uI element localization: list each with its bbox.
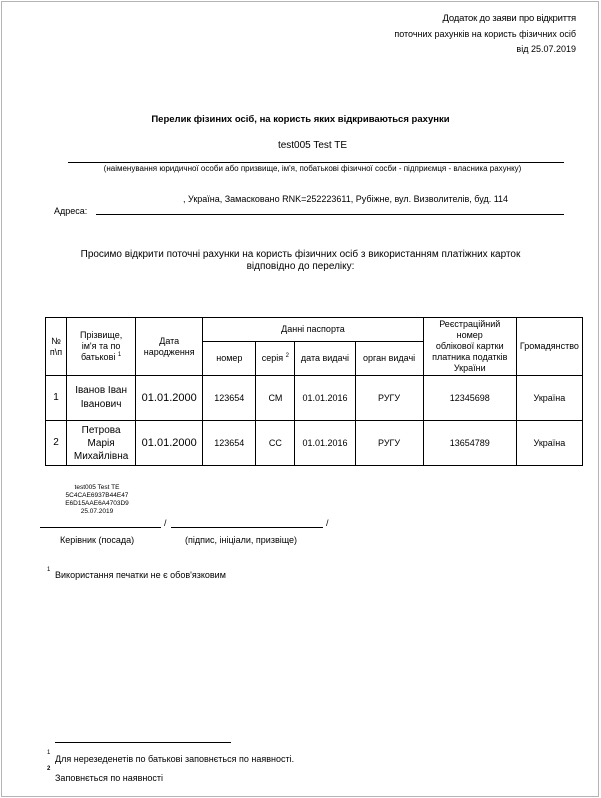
cell-passport-number: 123654 — [203, 376, 256, 421]
cell-name-line2: Марія — [87, 438, 114, 449]
header-full-name: Прізвище, ім'я та по батькові 1 — [67, 318, 136, 376]
cell-name-line1: Іванов Іван — [75, 385, 127, 396]
header-name-line1: Прізвище, — [80, 330, 122, 340]
entity-caption: (наіменування юридичної особи або призви… — [60, 164, 565, 173]
header-passport-data: Данні паспорта — [203, 318, 423, 342]
cell-birth-date: 01.01.2000 — [136, 421, 203, 466]
stamp-key-part2: E6D15AAE6A4703D9 — [48, 500, 146, 508]
cell-passport-number: 123654 — [203, 421, 256, 466]
footnote-ref-1: 1 — [118, 352, 121, 358]
stamp-key-part1: 5C4CAE6937B44E47 — [48, 492, 146, 500]
entity-name: test005 Test TE — [60, 140, 565, 151]
persons-table: № п\п Прізвище, ім'я та по батькові 1 Да… — [45, 317, 583, 466]
appendix-header-line1: Додаток до заяви про відкриття — [443, 13, 576, 24]
header-birth-date: Дата народження — [136, 318, 203, 376]
header-issuer: орган видачі — [355, 342, 423, 376]
address-label: Адреса: — [54, 206, 87, 216]
cell-passport-series: СМ — [256, 376, 295, 421]
header-num-line1: № — [51, 336, 61, 346]
header-birth-line1: Дата — [159, 336, 179, 346]
footnote-2-text: Заповнється по наявності — [55, 773, 163, 783]
cell-tax-id: 12345698 — [423, 376, 516, 421]
header-issue-date: дата видачі — [295, 342, 355, 376]
cell-tax-id: 13654789 — [423, 421, 516, 466]
header-num-line2: п\п — [50, 347, 62, 357]
seal-note-text: Використання печатки не є обов'язковим — [55, 570, 226, 580]
header-name-line2: ім'я та по — [82, 341, 121, 351]
signature-separator-1: / — [164, 518, 167, 528]
header-tax-line5: України — [454, 363, 486, 373]
request-line1: Просимо відкрити поточні рахунки на кори… — [0, 249, 601, 260]
name-signature-line — [171, 527, 323, 528]
appendix-header-line2: поточних рахунків на користь фізичних ос… — [394, 29, 576, 39]
request-line2: відповідно до переліку: — [0, 261, 601, 272]
footnote-separator — [55, 742, 231, 743]
address-value: , Україна, Замасковано RNK=252223611, Ру… — [183, 194, 508, 204]
cell-citizenship: Україна — [516, 376, 582, 421]
header-birth-line2: народження — [144, 347, 195, 357]
digital-signature-stamp: test005 Test TE 5C4CAE6937B44E47 E6D15AA… — [48, 484, 146, 516]
signature-caption: (підпис, ініціали, призвіще) — [185, 535, 297, 545]
cell-name-line2: Іванович — [81, 399, 122, 410]
cell-full-name: Іванов Іван Іванович — [67, 376, 136, 421]
cell-citizenship: Україна — [516, 421, 582, 466]
header-num: № п\п — [46, 318, 67, 376]
footnote-1-text: Для нерезеденетів по батькові заповнєтьс… — [55, 754, 294, 764]
footnote-1-sup: 1 — [47, 750, 50, 756]
cell-issue-date: 01.01.2016 — [295, 376, 355, 421]
header-tax-line3: облікової картки — [436, 341, 504, 351]
footnote-2-sup: 2 — [47, 766, 50, 772]
appendix-header-date: від 25.07.2019 — [516, 44, 576, 54]
stamp-date: 25.07.2019 — [48, 508, 146, 516]
cell-issue-date: 01.01.2016 — [295, 421, 355, 466]
header-name-line3: батькові — [81, 352, 115, 362]
table-row: 2 Петрова Марія Михайлівна 01.01.2000 12… — [46, 421, 583, 466]
cell-issuer: РУГУ — [355, 376, 423, 421]
header-series-label: серія — [262, 353, 283, 363]
footnote-ref-2: 2 — [286, 353, 289, 359]
cell-passport-series: СС — [256, 421, 295, 466]
cell-num: 2 — [46, 421, 67, 466]
stamp-signer: test005 Test TE — [48, 484, 146, 492]
header-tax-line4: платника податків — [432, 352, 507, 362]
position-signature-line — [40, 527, 161, 528]
position-caption: Керівник (посада) — [60, 535, 134, 545]
header-tax-line1: Реєстраційний — [439, 319, 500, 329]
cell-name-line3: Михайлівна — [74, 451, 128, 462]
cell-name-line1: Петрова — [82, 425, 121, 436]
header-citizenship: Громадянство — [516, 318, 582, 376]
cell-birth-date: 01.01.2000 — [136, 376, 203, 421]
table-row: 1 Іванов Іван Іванович 01.01.2000 123654… — [46, 376, 583, 421]
cell-issuer: РУГУ — [355, 421, 423, 466]
header-passport-number: номер — [203, 342, 256, 376]
cell-full-name: Петрова Марія Михайлівна — [67, 421, 136, 466]
signature-separator-2: / — [326, 518, 329, 528]
address-underline — [96, 214, 564, 215]
entity-name-underline — [68, 162, 564, 163]
header-tax-line2: номер — [457, 330, 483, 340]
header-tax-id: Реєстраційний номер облікової картки пла… — [423, 318, 516, 376]
header-passport-series: серія 2 — [256, 342, 295, 376]
document-title: Перелик фізиних осіб, на користь яких ві… — [0, 114, 601, 125]
cell-num: 1 — [46, 376, 67, 421]
seal-note-sup: 1 — [47, 567, 50, 573]
